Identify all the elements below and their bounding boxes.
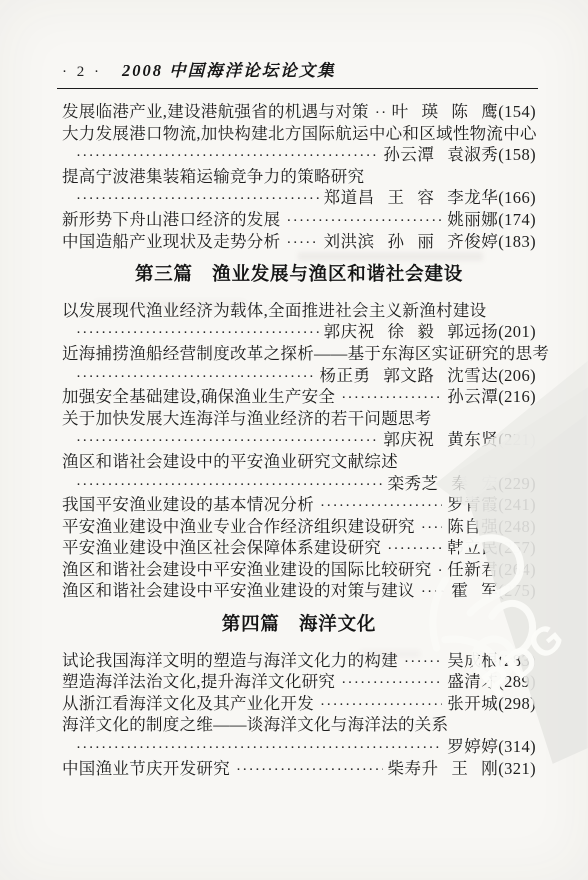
toc-entry-line: ········································…	[62, 473, 536, 495]
entry-title: 我国平安渔业建设的基本情况分析	[62, 494, 314, 516]
entry-page-number: (183)	[498, 231, 536, 253]
entry-authors: 张开城	[447, 693, 498, 715]
dot-leader: ········································…	[320, 695, 442, 717]
entry-title: 中国造船产业现状及走势分析	[62, 231, 280, 253]
entry-title: 提高宁波港集装箱运输竞争力的策略研究	[62, 166, 364, 188]
entry-page-number: (298)	[498, 693, 536, 715]
toc-entry-line: 加强安全基础建设,确保渔业生产安全·······················…	[62, 386, 536, 408]
toc-entry-line: 渔区和谐社会建设中平安渔业建设的对策与建议···················…	[62, 580, 536, 602]
entry-title: 渔区和谐社会建设中的平安渔业研究文献综述	[62, 451, 398, 473]
dot-leader: ········································…	[76, 738, 442, 760]
dot-leader: ········································…	[438, 561, 443, 583]
toc-entry-line: 新形势下舟山港口经济的发展···························…	[62, 209, 536, 231]
toc-entry-line: 以发展现代渔业经济为载体,全面推进社会主义新渔村建设	[62, 300, 536, 322]
entry-authors: 柴寿升 王 刚	[388, 758, 499, 780]
entry-title: 新形势下舟山港口经济的发展	[62, 209, 280, 231]
header-rule	[57, 88, 538, 89]
entry-title: 从浙江看海洋文化及其产业化开发	[62, 693, 314, 715]
entry-authors: 孙云潭	[447, 386, 498, 408]
entry-page-number: (275)	[498, 580, 536, 602]
entry-authors: 郭庆祝 徐 毅 郭远扬	[324, 321, 499, 343]
dot-leader: ········································…	[76, 189, 319, 211]
entry-title: 海洋文化的制度之维——谈海洋文化与海洋法的关系	[62, 714, 448, 736]
entry-authors: 任新君	[447, 559, 498, 581]
entry-page-number: (166)	[498, 187, 536, 209]
entry-authors: 韩立民	[447, 537, 498, 559]
dot-leader: ········································…	[387, 539, 442, 561]
entry-page-number: (216)	[498, 386, 536, 408]
entry-page-number: (229)	[498, 473, 536, 495]
dot-leader: ········································…	[320, 496, 442, 518]
entry-authors: 陈自强	[447, 516, 498, 538]
dot-leader: ········································…	[286, 233, 318, 255]
entry-page-number: (248)	[498, 516, 536, 538]
entry-title: 平安渔业建设中渔区社会保障体系建设研究	[62, 537, 381, 559]
toc-entry-line: 近海捕捞渔船经营制度改革之探析——基于东海区实证研究的思考	[62, 343, 536, 365]
entry-authors: 罗婷婷	[447, 736, 498, 758]
toc-entry-line: 我国平安渔业建设的基本情况分析·························…	[62, 494, 536, 516]
dot-leader: ········································…	[286, 211, 442, 233]
dot-leader: ········································…	[76, 146, 378, 168]
entry-authors: 孙云潭 袁淑秀	[383, 144, 498, 166]
entry-page-number: (264)	[498, 559, 536, 581]
entry-title: 近海捕捞渔船经营制度改革之探析——基于东海区实证研究的思考	[62, 343, 549, 365]
book-title: 2008 中国海洋论坛论文集	[122, 57, 336, 81]
entry-page-number: (158)	[498, 144, 536, 166]
toc-entry-line: ········································…	[62, 144, 536, 166]
entry-page-number: (201)	[498, 321, 536, 343]
toc-entry-line: ········································…	[62, 321, 536, 343]
entry-title: 以发展现代渔业经济为载体,全面推进社会主义新渔村建设	[62, 300, 486, 322]
dot-leader: ········································…	[404, 652, 442, 674]
entry-page-number: (321)	[498, 758, 536, 780]
section-heading: 第三篇 渔业发展与渔区和谐社会建设	[62, 265, 536, 287]
toc-entry-line: ········································…	[62, 429, 536, 451]
entry-title: 中国渔业节庆开发研究	[62, 758, 230, 780]
entry-page-number: (289)	[498, 671, 536, 693]
entry-title: 大力发展港口物流,加快构建北方国际航运中心和区域性物流中心	[62, 123, 537, 145]
section-heading: 第四篇 海洋文化	[62, 615, 536, 637]
toc-entry-line: 关于加快发展大连海洋与渔业经济的若干问题思考	[62, 408, 536, 430]
toc-entry-line: 渔区和谐社会建设中的平安渔业研究文献综述	[62, 451, 536, 473]
toc-entry-line: 从浙江看海洋文化及其产业化开发·························…	[62, 693, 536, 715]
dot-leader: ········································…	[76, 431, 378, 453]
entry-page-number: (154)	[498, 101, 536, 123]
dot-leader: ········································…	[76, 367, 315, 389]
toc-entry-line: 平安渔业建设中渔区社会保障体系建设研究·····················…	[62, 537, 536, 559]
entry-page-number: (221)	[498, 429, 536, 451]
entry-authors: 姚丽娜	[447, 209, 498, 231]
entry-page-number: (206)	[498, 365, 536, 387]
dot-leader: ········································…	[341, 673, 442, 695]
scanned-page: · 2 · 2008 中国海洋论坛论文集 发展临港产业,建设港航强省的机遇与对策…	[0, 0, 588, 880]
entry-title: 渔区和谐社会建设中平安渔业建设的国际比较研究	[62, 559, 432, 581]
entry-title: 关于加快发展大连海洋与渔业经济的若干问题思考	[62, 408, 432, 430]
dot-leader: ········································…	[236, 760, 383, 782]
entry-authors: 郭庆祝 黄东贤	[383, 429, 498, 451]
entry-title: 塑造海洋法治文化,提升海洋文化研究	[62, 671, 335, 693]
toc-entry-line: ········································…	[62, 365, 536, 387]
page-number-label: · 2 ·	[62, 64, 102, 81]
toc-entry-line: 塑造海洋法治文化,提升海洋文化研究·······················…	[62, 671, 536, 693]
toc-entry-line: 提高宁波港集装箱运输竞争力的策略研究	[62, 166, 536, 188]
entry-title: 试论我国海洋文明的塑造与海洋文化力的构建	[62, 650, 398, 672]
entry-page-number: (174)	[498, 209, 536, 231]
toc: 发展临港产业,建设港航强省的机遇与对策·····················…	[62, 101, 536, 779]
entry-authors: 盛清才	[447, 671, 498, 693]
page-header: · 2 · 2008 中国海洋论坛论文集	[62, 57, 536, 81]
toc-entry-line: ········································…	[62, 736, 536, 758]
entry-authors: 霍 军	[451, 580, 498, 602]
toc-entry-line: 发展临港产业,建设港航强省的机遇与对策·····················…	[62, 101, 536, 123]
entry-page-number: (257)	[498, 537, 536, 559]
entry-title: 发展临港产业,建设港航强省的机遇与对策	[62, 101, 369, 123]
entry-authors: 叶 瑛 陈 鹰	[392, 101, 499, 123]
entry-authors: 栾秀芝 秦 宏	[388, 473, 499, 495]
entry-page-number: (283)	[498, 650, 536, 672]
entry-title: 平安渔业建设中渔业专业合作经济组织建设研究	[62, 516, 415, 538]
dot-leader: ········································…	[421, 518, 442, 540]
dot-leader: ········································…	[421, 582, 447, 604]
toc-entry-line: ········································…	[62, 187, 536, 209]
entry-page-number: (314)	[498, 736, 536, 758]
toc-entry-line: 平安渔业建设中渔业专业合作经济组织建设研究···················…	[62, 516, 536, 538]
dot-leader: ········································…	[375, 103, 387, 125]
entry-authors: 刘洪滨 孙 丽 齐俊婷	[324, 231, 499, 253]
toc-entry-line: 中国渔业节庆开发研究······························…	[62, 758, 536, 780]
entry-title: 加强安全基础建设,确保渔业生产安全	[62, 386, 335, 408]
dot-leader: ········································…	[76, 475, 383, 497]
dot-leader: ········································…	[341, 388, 442, 410]
toc-entry-line: 海洋文化的制度之维——谈海洋文化与海洋法的关系	[62, 714, 536, 736]
entry-title: 渔区和谐社会建设中平安渔业建设的对策与建议	[62, 580, 415, 602]
entry-authors: 杨正勇 郭文路 沈雪达	[320, 365, 499, 387]
toc-entry-line: 渔区和谐社会建设中平安渔业建设的国际比较研究··················…	[62, 559, 536, 581]
toc-entry-line: 大力发展港口物流,加快构建北方国际航运中心和区域性物流中心	[62, 123, 536, 145]
entry-authors: 罗青霞	[447, 494, 498, 516]
entry-authors: 郑道昌 王 容 李龙华	[324, 187, 499, 209]
entry-authors: 吴成根	[447, 650, 498, 672]
toc-entry-line: 试论我国海洋文明的塑造与海洋文化力的构建····················…	[62, 650, 536, 672]
entry-page-number: (241)	[498, 494, 536, 516]
dot-leader: ········································…	[76, 323, 319, 345]
toc-entry-line: 中国造船产业现状及走势分析···························…	[62, 231, 536, 253]
